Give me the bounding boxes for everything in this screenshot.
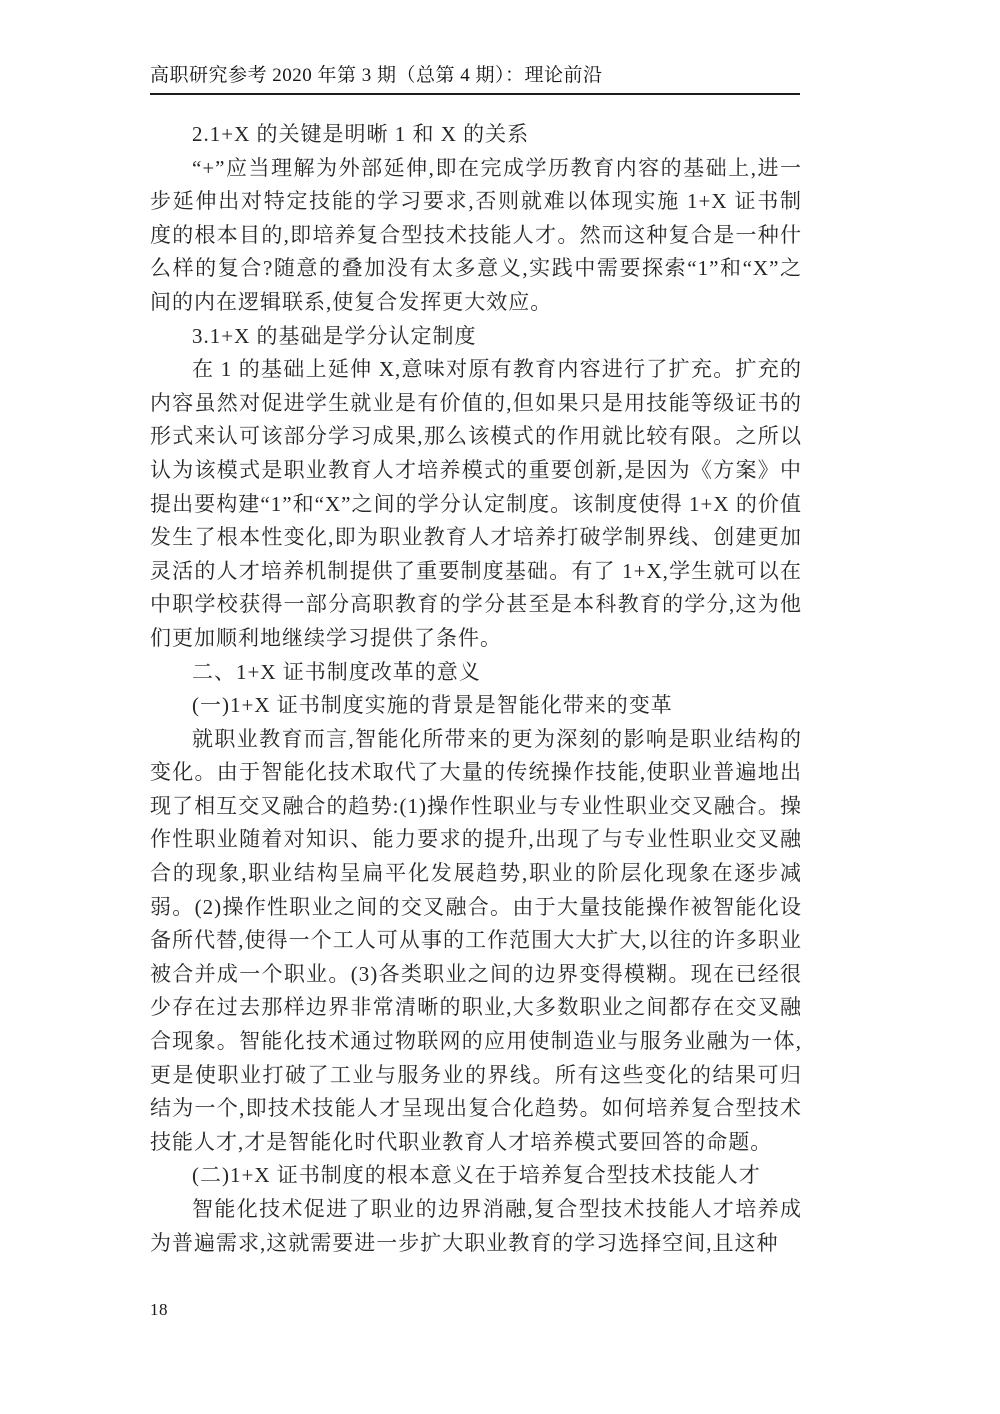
page-number: 18 [150, 1300, 168, 1320]
paragraph-credit-recognition: 在 1 的基础上延伸 X,意味对原有教育内容进行了扩充。扩充的内容虽然对促进学生… [150, 353, 802, 655]
document-page: 高职研究参考 2020 年第 3 期（总第 4 期）：理论前沿 2.1+X 的关… [0, 0, 1000, 1414]
section-heading-two: 二、1+X 证书制度改革的意义 [150, 656, 802, 690]
paragraph-compound-talent: 智能化技术促进了职业的边界消融,复合型技术技能人才培养成为普遍需求,这就需要进一… [150, 1193, 802, 1260]
header-rule [150, 93, 800, 95]
subsection-heading-3: 3.1+X 的基础是学分认定制度 [150, 320, 802, 354]
page-header: 高职研究参考 2020 年第 3 期（总第 4 期）：理论前沿 [150, 64, 800, 103]
paragraph-intelligent-change: 就职业教育而言,智能化所带来的更为深刻的影响是职业结构的变化。由于智能化技术取代… [150, 723, 802, 1160]
journal-header-text: 高职研究参考 2020 年第 3 期（总第 4 期）：理论前沿 [150, 64, 800, 88]
article-body: 2.1+X 的关键是明晰 1 和 X 的关系 “+”应当理解为外部延伸,即在完成… [150, 118, 802, 1260]
subsection-heading-fundamental-meaning: (二)1+X 证书制度的根本意义在于培养复合型技术技能人才 [150, 1159, 802, 1193]
subsection-heading-2: 2.1+X 的关键是明晰 1 和 X 的关系 [150, 118, 802, 152]
subsection-heading-background: (一)1+X 证书制度实施的背景是智能化带来的变革 [150, 689, 802, 723]
paragraph-plus-relationship: “+”应当理解为外部延伸,即在完成学历教育内容的基础上,进一步延伸出对特定技能的… [150, 152, 802, 320]
